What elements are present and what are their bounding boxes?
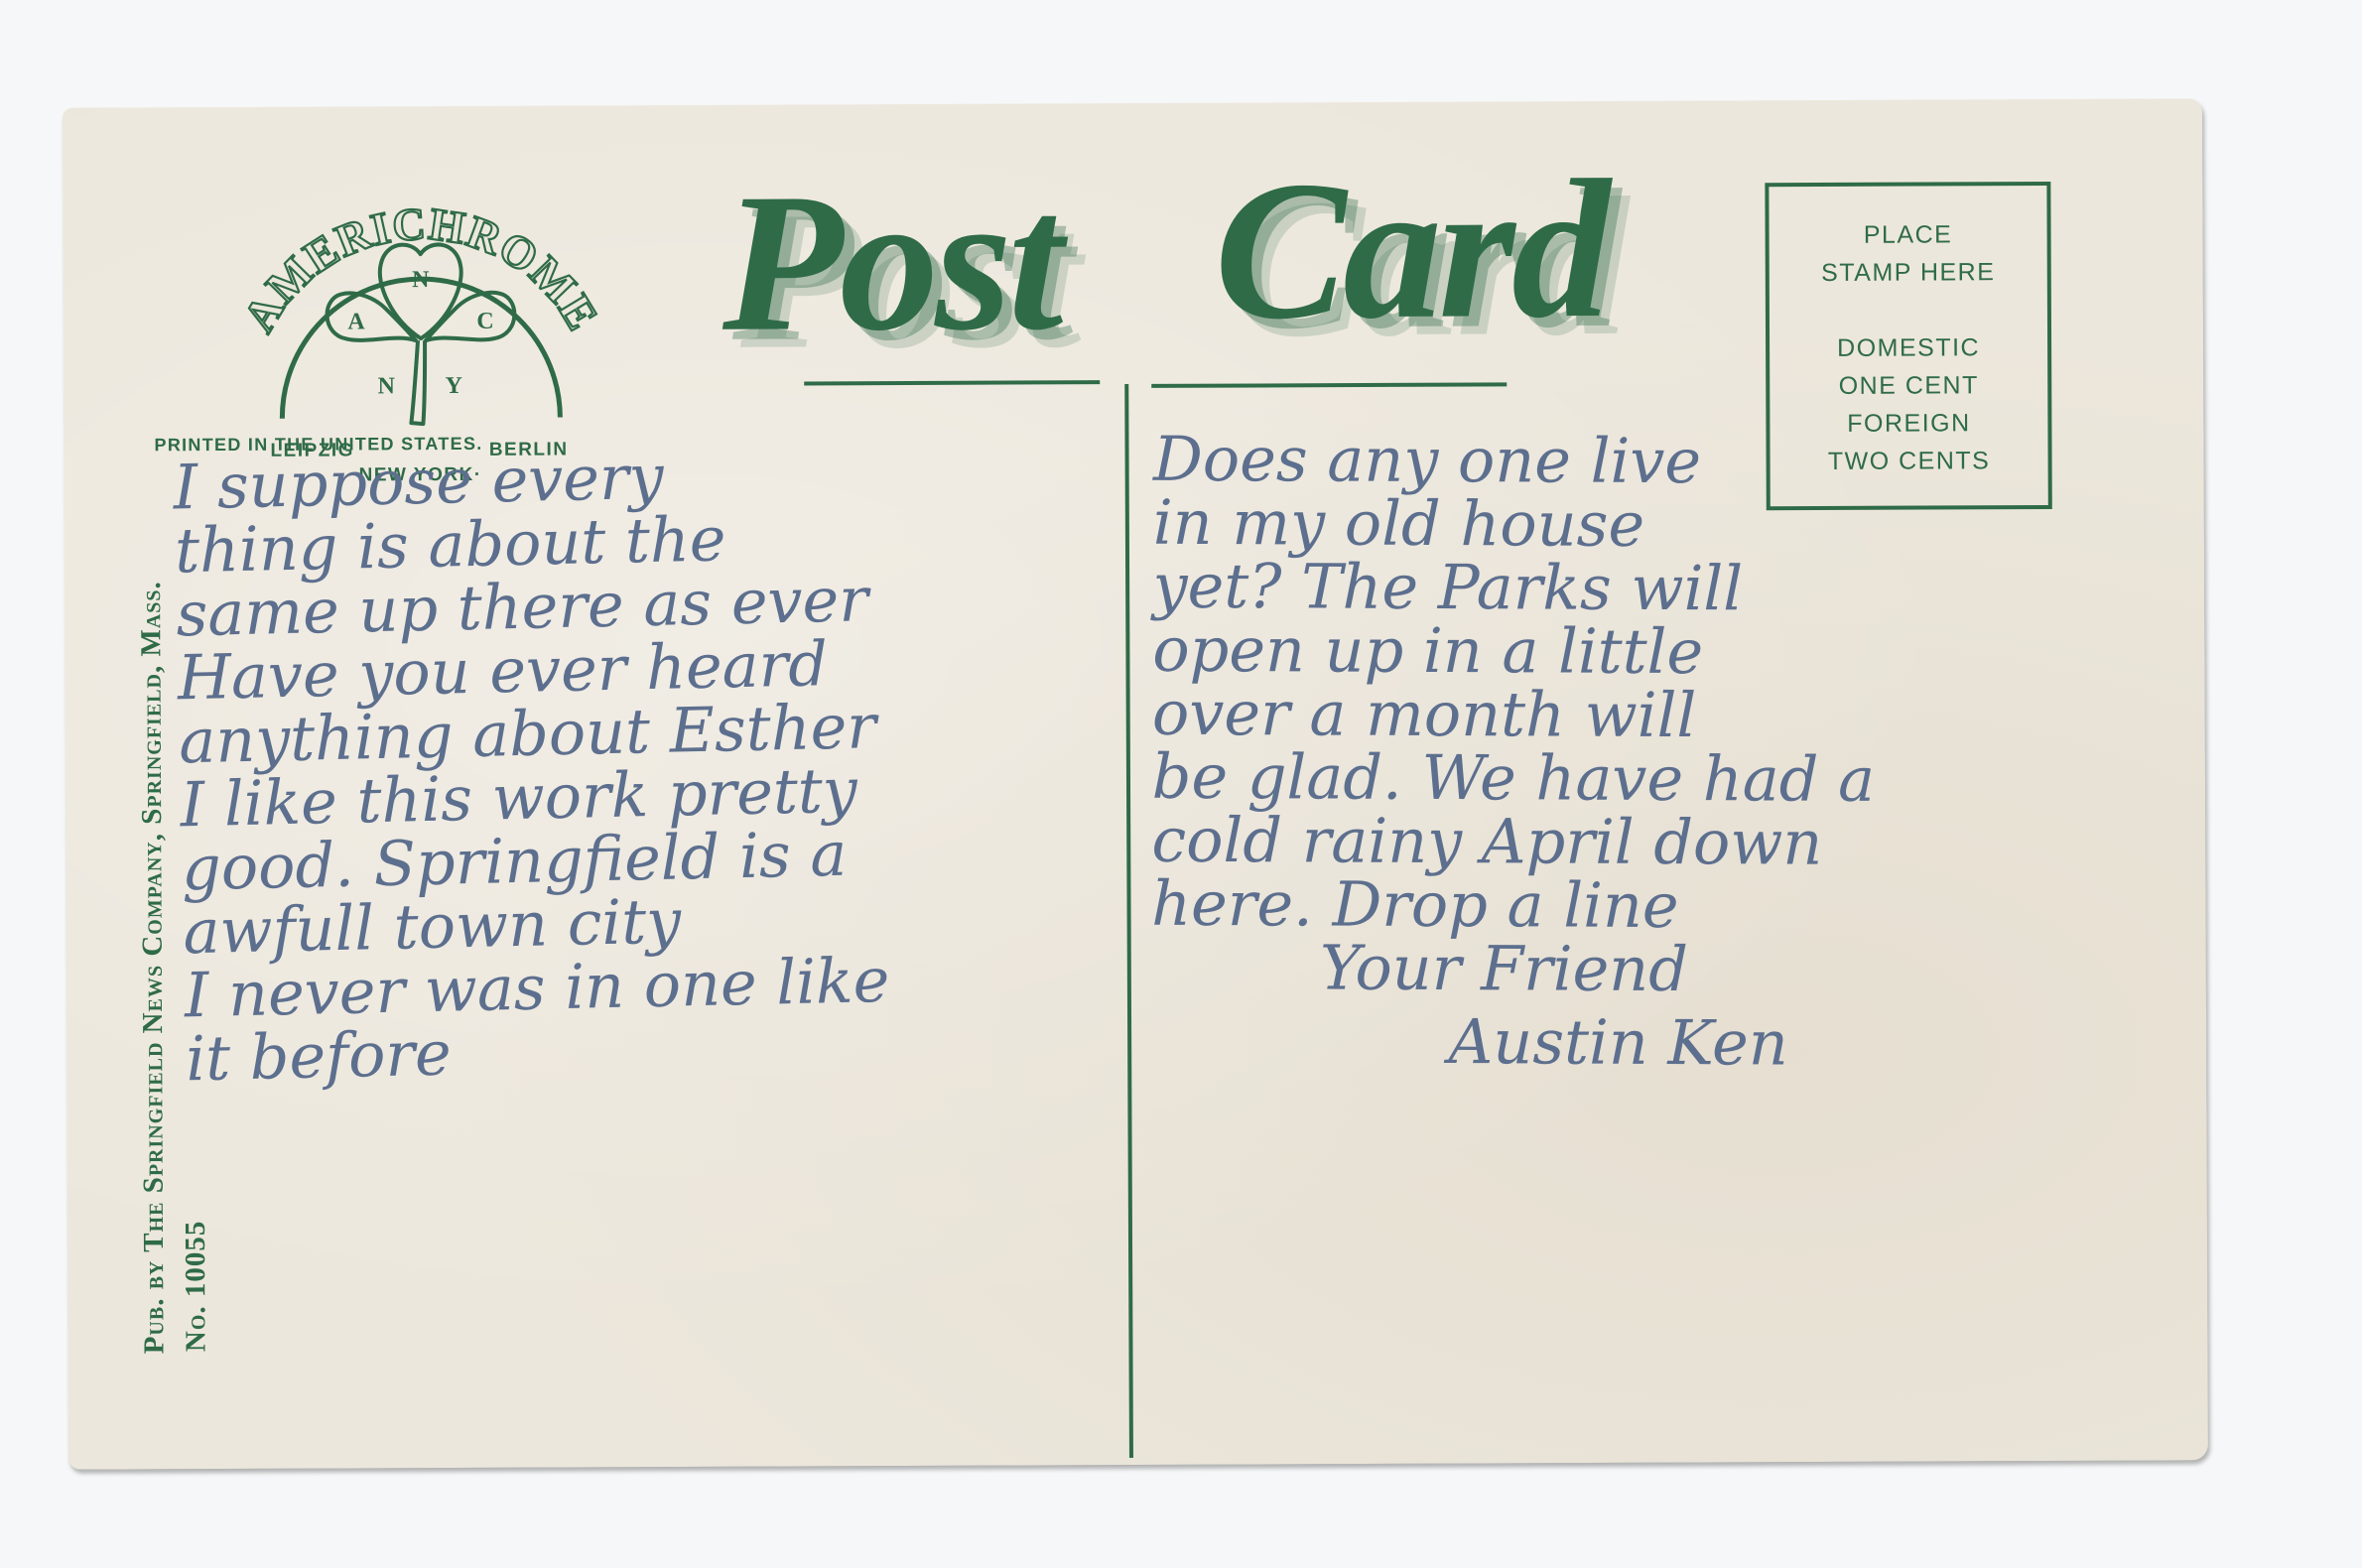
handwritten-message-right: Does any one live in my old house yet? T… <box>1150 428 1876 1076</box>
message-line: here. Drop a line <box>1151 872 1875 939</box>
stamp-line: ONE CENT <box>1770 366 2047 405</box>
title-word-post: Post <box>722 163 1059 362</box>
signature: Austin Ken <box>1150 1009 1874 1076</box>
svg-text:C: C <box>476 309 493 334</box>
stamp-line: PLACE <box>1769 186 2046 254</box>
postcard-back: Pub. by The Springfield News Company, Sp… <box>63 98 2208 1469</box>
center-divider-line <box>1124 384 1133 1458</box>
handwritten-message-left: I suppose every thing is about the same … <box>173 441 891 1091</box>
message-line: Does any one live <box>1153 428 1877 494</box>
publisher-line: Pub. by The Springfield News Company, Sp… <box>128 212 175 1354</box>
svg-text:N: N <box>412 267 430 293</box>
post-card-title: Post Card <box>658 131 1651 403</box>
title-word-card: Card <box>1214 151 1607 351</box>
shamrock-arch-icon: AMERICHROME N A C N Y <box>211 169 629 439</box>
closing: Your Friend <box>1151 936 1875 1002</box>
message-line: in my old house <box>1153 491 1877 558</box>
svg-text:Y: Y <box>446 373 462 399</box>
stamp-line: STAMP HERE <box>1770 253 2047 292</box>
message-line: yet? The Parks will <box>1152 555 1876 621</box>
message-line: I never was in one like <box>184 949 890 1027</box>
message-line: open up in a little <box>1152 618 1876 685</box>
message-line: be glad. We have had a <box>1152 745 1876 812</box>
stamp-line: DOMESTIC <box>1770 328 2047 367</box>
svg-text:A: A <box>347 309 365 334</box>
message-line: it before <box>186 1012 892 1091</box>
message-line: cold rainy April down <box>1151 809 1875 875</box>
message-line: over a month will <box>1152 682 1876 748</box>
svg-text:N: N <box>378 373 396 399</box>
